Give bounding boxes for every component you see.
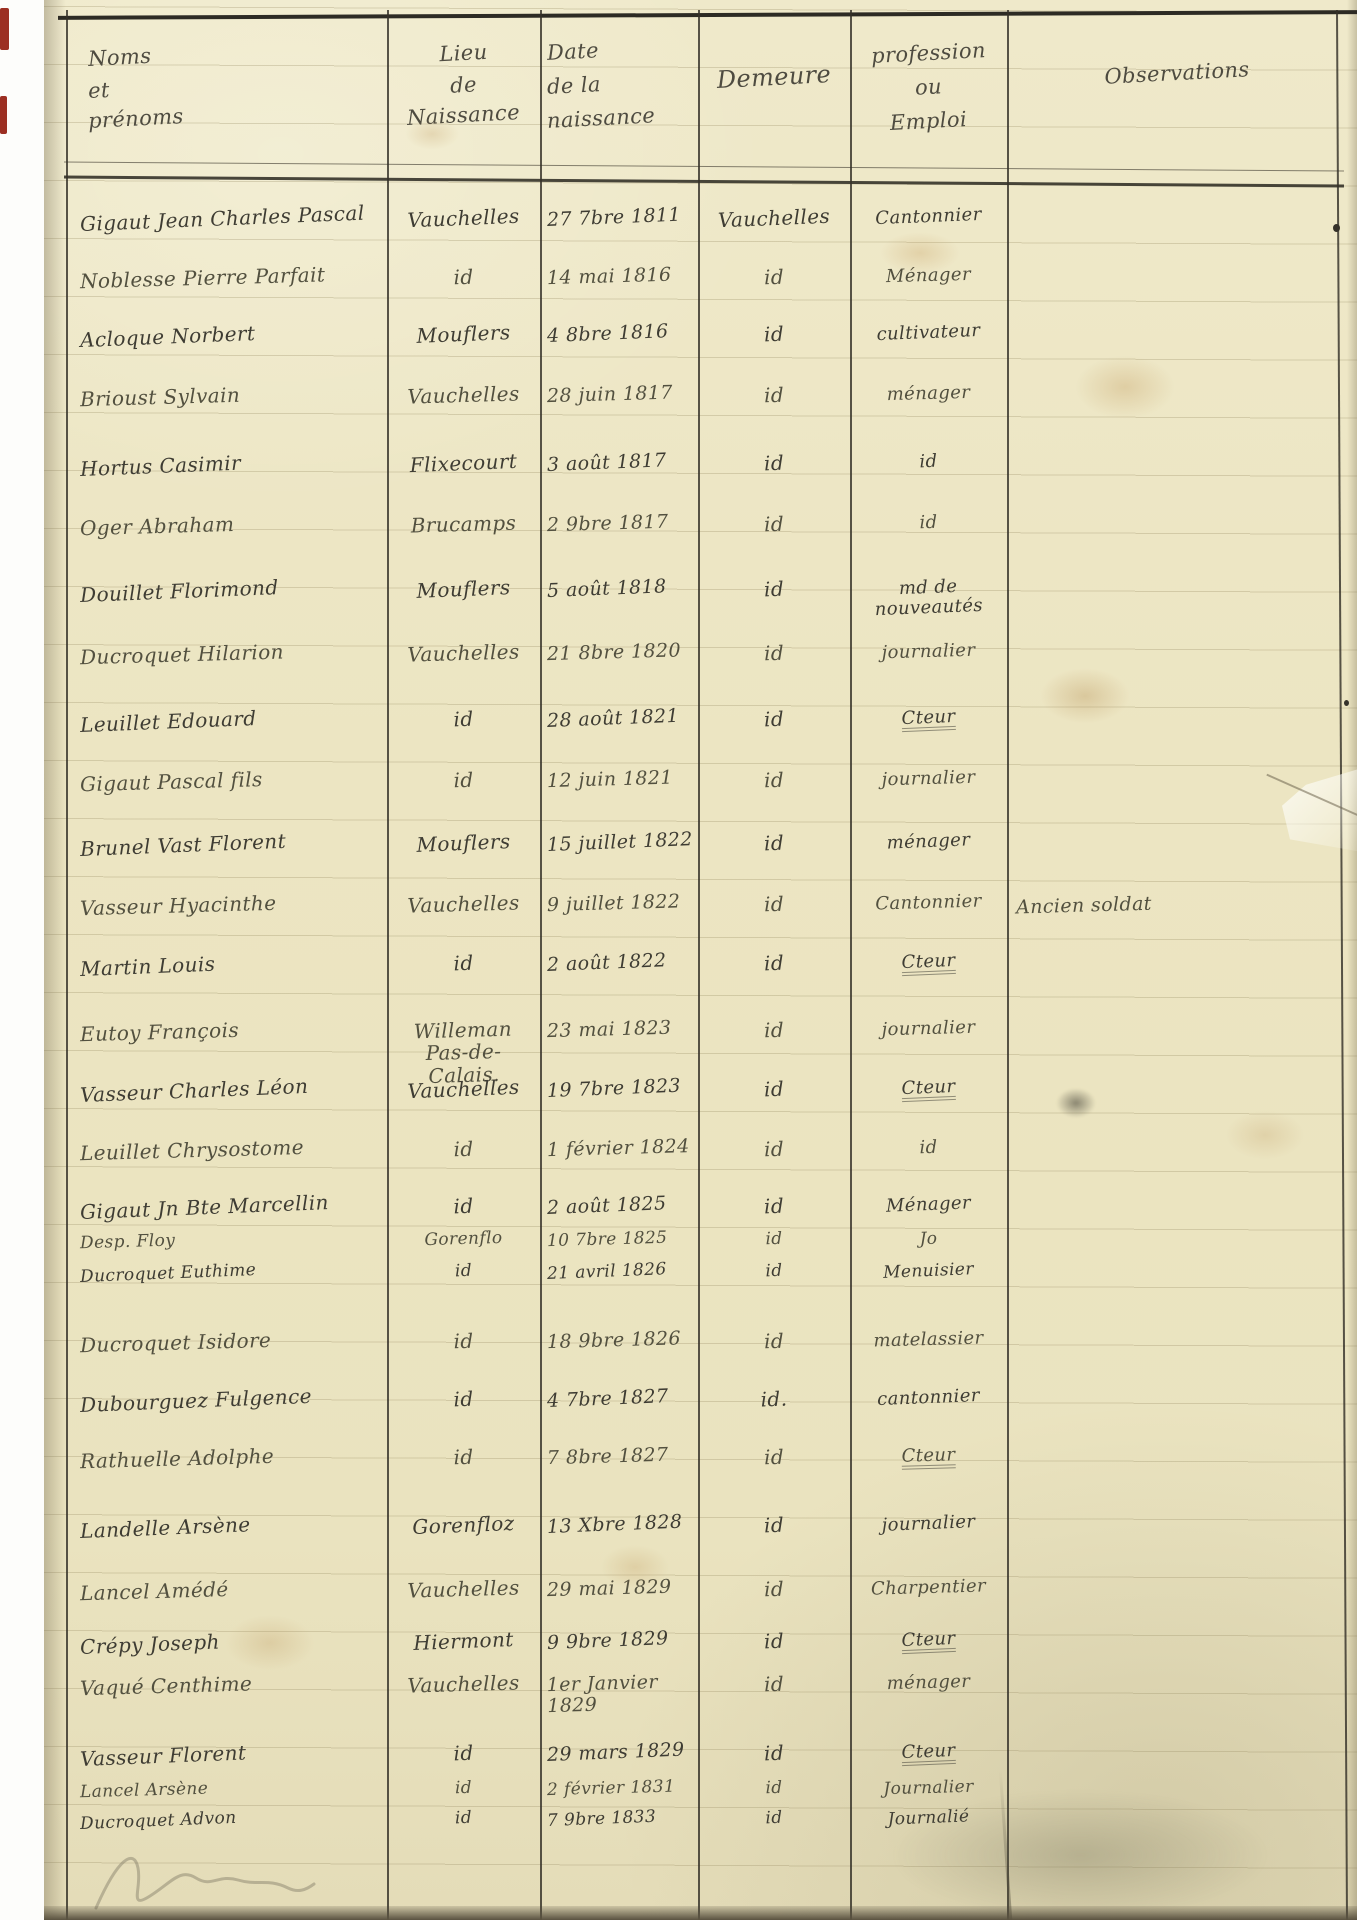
water-stain xyxy=(890,1790,1270,1920)
column-line-5 xyxy=(1007,10,1009,1920)
cell-residence: id xyxy=(701,1328,848,1354)
cell-residence: id xyxy=(701,382,848,408)
cell-profession: Cteur xyxy=(852,1444,1006,1468)
cell-birthdate: 9 juillet 1822 xyxy=(547,891,698,916)
cell-birthplace: Vauchelles xyxy=(391,1671,537,1697)
cell-profession: id xyxy=(852,1136,1006,1160)
paper-right-edge-shadow xyxy=(1347,0,1357,1920)
cell-profession: md de nouveautés xyxy=(851,575,1005,621)
cell-birthdate: 14 mai 1816 xyxy=(547,264,698,289)
cell-birthdate: 1 février 1824 xyxy=(547,1136,698,1161)
cell-birthplace: Vauchelles xyxy=(391,640,537,666)
cell-profession: Ménager xyxy=(852,264,1006,288)
column-line-1 xyxy=(387,10,389,1920)
cell-profession: id xyxy=(852,511,1006,535)
cell-profession: ménager xyxy=(852,1671,1006,1695)
cell-birthplace: id xyxy=(391,767,537,793)
cell-profession: journalier xyxy=(852,767,1006,791)
table-border-left xyxy=(66,10,68,1920)
cell-birthplace: id xyxy=(391,1444,537,1470)
cell-residence: id xyxy=(701,1136,848,1162)
cell-birthdate: 1er Janvier 1829 xyxy=(546,1671,697,1718)
cell-residence: id xyxy=(701,1444,848,1470)
cell-birthplace: Brucamps xyxy=(391,511,537,537)
cell-birthplace: id xyxy=(391,1328,537,1354)
cell-birthdate: 12 juin 1821 xyxy=(547,767,698,792)
cell-birthdate: 7 8bre 1827 xyxy=(547,1444,698,1469)
cell-birthplace: Vauchelles xyxy=(391,891,537,917)
cell-residence: id xyxy=(701,1576,848,1602)
cell-residence: id xyxy=(701,511,848,537)
ink-smudge xyxy=(1056,1088,1096,1118)
cell-profession: journalier xyxy=(852,1017,1006,1041)
cell-residence: id xyxy=(701,1017,848,1043)
column-line-2 xyxy=(540,10,542,1920)
paper-left-edge-shadow xyxy=(44,0,66,1920)
cell-birthdate: 21 8bre 1820 xyxy=(547,640,698,665)
red-edge-mark xyxy=(0,8,9,50)
ink-fleck xyxy=(1333,224,1340,232)
cell-residence: id xyxy=(701,264,848,290)
cell-birthdate: 18 9bre 1826 xyxy=(547,1328,698,1353)
red-edge-mark xyxy=(0,96,7,134)
cell-residence: id xyxy=(701,1671,848,1697)
ink-fleck xyxy=(1344,700,1349,706)
cell-birthplace: Vauchelles xyxy=(391,1576,537,1602)
cell-birthplace: Gorenflo xyxy=(391,1228,536,1251)
cell-birthdate: 29 mai 1829 xyxy=(547,1576,698,1601)
cell-residence: id xyxy=(701,767,848,793)
cell-birthdate: 23 mai 1823 xyxy=(547,1017,698,1042)
cell-birthdate: 2 9bre 1817 xyxy=(547,511,698,536)
cell-residence: id xyxy=(701,640,848,666)
cell-residence: id xyxy=(701,1777,847,1800)
cell-residence: id xyxy=(701,891,848,917)
cell-residence: id xyxy=(701,1228,847,1251)
cell-birthplace: id xyxy=(391,1136,537,1162)
cell-birthdate: 28 juin 1817 xyxy=(547,382,698,407)
cell-profession: ménager xyxy=(852,382,1006,406)
cell-profession: Charpentier xyxy=(852,1576,1006,1600)
cell-birthplace: id xyxy=(391,264,537,290)
cell-birthplace: Vauchelles xyxy=(391,382,537,408)
cell-profession: matelassier xyxy=(852,1328,1006,1352)
cell-profession: journalier xyxy=(852,640,1006,664)
cell-birthplace: id xyxy=(391,1777,536,1800)
cell-profession: Cantonnier xyxy=(852,891,1006,915)
scanned-register-page: NomsetprénomsLieudeNaissanceDatede lanai… xyxy=(0,0,1357,1920)
scan-bottom-edge xyxy=(44,1906,1357,1920)
